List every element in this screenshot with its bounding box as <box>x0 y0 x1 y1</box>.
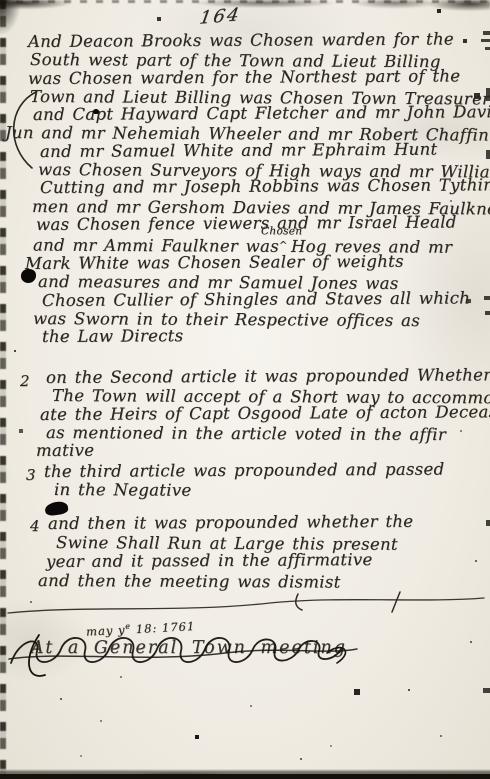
text-line: and then it was propounded whether the <box>48 512 413 533</box>
article-text: the third article was propounded and pas… <box>44 463 444 500</box>
scan-edge-right-mark <box>486 520 490 526</box>
text-line: Cutting and mr Joseph Robbins was Chosen… <box>40 177 490 198</box>
article-text: and then it was propounded whether the S… <box>48 514 413 590</box>
article-item-3: 3 the third article was propounded and p… <box>26 463 444 500</box>
text-line: the third article was propounded and pas… <box>44 461 445 482</box>
scan-corner-top-left <box>0 0 20 34</box>
text-line: in the Negative <box>54 481 445 501</box>
caret-insertion: Chosen^ <box>279 236 291 253</box>
article-number: 4 <box>30 517 40 535</box>
text-line: And Deacon Brooks was Chosen warden for … <box>28 30 490 51</box>
page-number: 164 <box>198 4 242 28</box>
article-text: on the Second article it was propounded … <box>46 369 490 460</box>
manuscript-page: 164 And Deacon Brooks was Chosen warden … <box>0 0 490 779</box>
text-line: the Law Directs <box>42 325 490 346</box>
text-line: on the Second article it was propounded … <box>46 366 490 387</box>
article-number: 3 <box>26 466 36 484</box>
ink-blot <box>93 109 99 114</box>
text-line: ate the Heirs of Capt Osgood Late of act… <box>40 403 490 424</box>
article-number: 2 <box>20 372 30 390</box>
text-line: was Chosen warden for the Northest part … <box>28 67 490 88</box>
text-line: year and it passed in the affirmative <box>46 550 413 571</box>
text-line: and Capt Hayward Capt Fletcher and mr Jo… <box>33 103 490 124</box>
struck-entry: At a General Town meeting <box>5 629 377 675</box>
scan-edge-top <box>0 0 490 12</box>
text-line: and mr Samuel White and mr Ephraim Hunt <box>40 140 490 161</box>
scan-specks <box>0 0 2 2</box>
separator-line <box>0 592 490 620</box>
scan-edge-bottom <box>0 769 490 779</box>
scan-edge-right-mark <box>483 688 490 693</box>
text-line: Chosen Cullier of Shingles and Staves al… <box>42 289 490 310</box>
text-line: Mark White was Chosen Sealer of weights <box>25 252 490 273</box>
text-line: and then the meeting was dismist <box>38 571 413 592</box>
text-line: mative <box>36 439 490 460</box>
article-item-4: 4 and then it was propounded whether the… <box>30 514 413 590</box>
minutes-paragraph: And Deacon Brooks was Chosen warden for … <box>28 33 490 347</box>
scribble-strikeout-icon <box>5 629 377 675</box>
article-item-2: 2 on the Second article it was propounde… <box>20 369 490 460</box>
